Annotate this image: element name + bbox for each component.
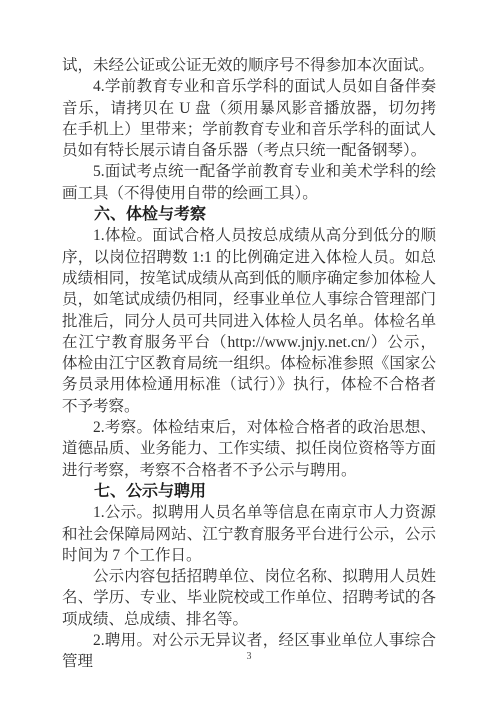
document-body: 试，未经公证或公证无效的顺序号不得参加本次面试。 4.学前教育专业和音乐学科的面… (62, 55, 436, 673)
paragraph-item-5-painting-tools: 5.面试考点统一配备学前教育专业和美术学科的绘画工具（不得使用自带的绘画工具）。 (62, 161, 436, 204)
paragraph-publicity: 1.公示。拟聘用人员名单等信息在南京市人力资源和社会保障局网站、江宁教育服务平台… (62, 502, 436, 566)
section-heading-6-physical-exam: 六、体检与考察 (62, 204, 436, 225)
page-number: 3 (0, 651, 498, 662)
section-heading-7-publicity-employment: 七、公示与聘用 (62, 481, 436, 502)
paragraph-inspection: 2.考察。体检结束后，对体检合格者的政治思想、道德品质、业务能力、工作实绩、拟任… (62, 417, 436, 481)
paragraph-physical-exam: 1.体检。面试合格人员按总成绩从高分到低分的顺序，以岗位招聘数 1:1 的比例确… (62, 225, 436, 417)
document-page: 试，未经公证或公证无效的顺序号不得参加本次面试。 4.学前教育专业和音乐学科的面… (0, 0, 498, 705)
paragraph-publicity-content: 公示内容包括招聘单位、岗位名称、拟聘用人员姓名、学历、专业、毕业院校或工作单位、… (62, 566, 436, 630)
paragraph-item-4-interview-music: 4.学前教育专业和音乐学科的面试人员如自备伴奏音乐，请拷贝在 U 盘（须用暴风影… (62, 76, 436, 161)
paragraph-continuation: 试，未经公证或公证无效的顺序号不得参加本次面试。 (62, 55, 436, 76)
